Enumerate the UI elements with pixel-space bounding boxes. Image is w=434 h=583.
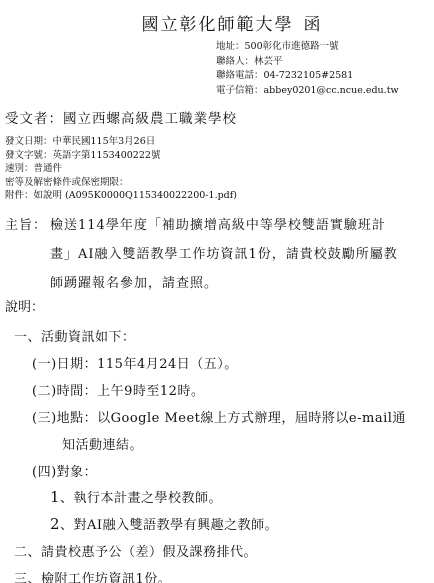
issue-date: 發文日期：中華民國115年3月26日 bbox=[5, 135, 237, 149]
subject-label: 主旨： bbox=[5, 211, 47, 240]
target-2: 2、對AI融入雙語教學有興趣之教師。 bbox=[50, 514, 278, 533]
org-name: 國立彰化師範大學 bbox=[142, 15, 294, 35]
subject-line-1: 檢送114學年度「補助擴增高級中等學校雙語實驗班計 bbox=[50, 211, 425, 240]
item-location: (三)地點：以Google Meet線上方式辦理，屆時將以e-mail通 bbox=[32, 407, 406, 426]
target-1-num: 1 bbox=[50, 488, 60, 506]
subject: 主旨： 檢送114學年度「補助擴增高級中等學校雙語實驗班計 畫」AI融入雙語教學… bbox=[5, 211, 425, 298]
attachment[interactable]: 附件：如說明 (A095K0000Q115340022200-1.pdf) bbox=[5, 189, 237, 203]
document-meta: 發文日期：中華民國115年3月26日 發文字號：英語字第1153400222號 … bbox=[5, 135, 237, 203]
item-date: (一)日期：115年4月24日（五）。 bbox=[32, 353, 238, 372]
item-time: (二)時間：上午9時至12時。 bbox=[32, 380, 204, 399]
recipient: 受文者：國立西螺高級農工職業學校 bbox=[5, 107, 237, 127]
item-target: (四)對象： bbox=[32, 461, 97, 480]
target-2-text: 、對AI融入雙語教學有興趣之教師。 bbox=[60, 518, 278, 533]
contact-block: 地址：500彰化市進德路一號 聯絡人：林芸平 聯絡電話：04-7232105#2… bbox=[216, 40, 399, 98]
subject-line-2: 畫」AI融入雙語教學工作坊資訊1份，請貴校鼓勵所屬教 bbox=[50, 240, 425, 269]
description-label: 說明： bbox=[5, 296, 44, 315]
document-title: 國立彰化師範大學函 bbox=[0, 10, 434, 35]
subject-line-3: 師踴躍報名參加，請查照。 bbox=[50, 269, 425, 298]
item-location-cont: 知活動連結。 bbox=[62, 434, 143, 453]
contact-phone: 聯絡電話：04-7232105#2581 bbox=[216, 69, 399, 84]
target-2-num: 2 bbox=[50, 515, 60, 533]
classification: 密等及解密條件或保密期限： bbox=[5, 176, 237, 190]
doc-type: 函 bbox=[304, 15, 323, 35]
section-3-heading: 三、檢附工作坊資訊1份。 bbox=[14, 568, 171, 583]
target-1-text: 、執行本計畫之學校教師。 bbox=[60, 491, 222, 506]
contact-person: 聯絡人：林芸平 bbox=[216, 55, 399, 70]
priority: 速別：普通件 bbox=[5, 162, 237, 176]
document-number: 發文字號：英語字第1153400222號 bbox=[5, 149, 237, 163]
section-1-heading: 一、活動資訊如下： bbox=[14, 326, 136, 345]
section-2-heading: 二、請貴校惠予公（差）假及課務排代。 bbox=[14, 541, 257, 560]
target-1: 1、執行本計畫之學校教師。 bbox=[50, 487, 222, 506]
contact-email: 電子信箱：abbey0201@cc.ncue.edu.tw bbox=[216, 84, 399, 99]
contact-address: 地址：500彰化市進德路一號 bbox=[216, 40, 399, 55]
